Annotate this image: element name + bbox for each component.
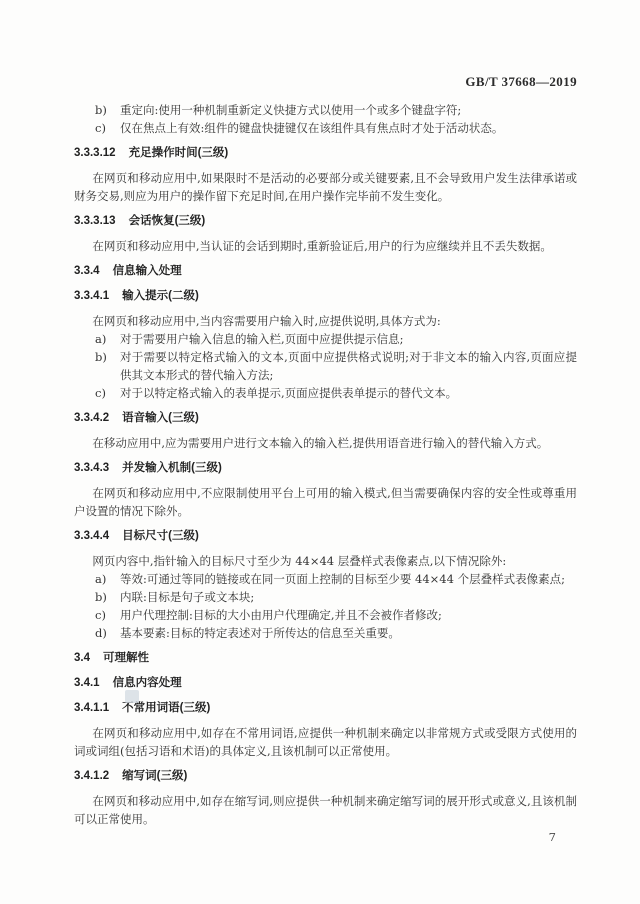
document-content: b)重定向:使用一种机制重新定义快捷方式以使用一个或多个键盘字符;c)仅在焦点上…	[74, 101, 577, 828]
paragraph: 在移动应用中,应为需要用户进行文本输入的输入栏,提供用语音进行输入的替代输入方式…	[74, 434, 577, 452]
list-item-marker: b)	[95, 348, 120, 384]
section-title: 语音输入(三级)	[122, 412, 199, 424]
list-item-marker: b)	[95, 588, 120, 606]
list-item-marker: d)	[95, 624, 120, 642]
list-item: c)对于以特定格式输入的表单提示,页面应提供表单提示的替代文本。	[95, 384, 577, 402]
list-item-text: 等效:可通过等同的链接或在同一页面上控制的目标至少要 44×44 个层叠样式表像…	[120, 570, 577, 588]
section-number: 3.3.4.3	[74, 462, 109, 474]
paragraph: 网页内容中,指针输入的目标尺寸至少为 44×44 层叠样式表像素点,以下情况除外…	[74, 552, 577, 570]
section-number: 3.3.3.13	[74, 215, 116, 227]
section-number: 3.3.4.4	[74, 530, 109, 542]
list-item-marker: a)	[95, 570, 120, 588]
list-item: d)基本要素:目标的特定表述对于所传达的信息至关重要。	[95, 624, 577, 642]
section-number: 3.4.1.2	[74, 770, 109, 782]
section-heading: 3.4.1信息内容处理	[74, 674, 577, 692]
list-item: b)重定向:使用一种机制重新定义快捷方式以使用一个或多个键盘字符;	[95, 101, 577, 119]
section-heading: 3.3.3.13会话恢复(三级)	[74, 212, 577, 230]
section-heading: 3.3.3.12充足操作时间(三级)	[74, 144, 577, 162]
list-item: a)等效:可通过等同的链接或在同一页面上控制的目标至少要 44×44 个层叠样式…	[95, 570, 577, 588]
document-page: GB/T 37668—2019 b)重定向:使用一种机制重新定义快捷方式以使用一…	[0, 0, 640, 904]
paragraph: 在网页和移动应用中,如存在缩写词,则应提供一种机制来确定缩写词的展开形式或意义,…	[74, 792, 577, 828]
section-number: 3.3.4	[74, 265, 100, 277]
list-item-text: 对于以特定格式输入的表单提示,页面应提供表单提示的替代文本。	[120, 384, 577, 402]
list-item-text: 对于需要以特定格式输入的文本,页面中应提供格式说明;对于非文本的输入内容,页面应…	[120, 348, 577, 384]
section-number: 3.4.1.1	[74, 702, 109, 714]
section-title: 信息内容处理	[113, 677, 182, 689]
list-item: b)对于需要以特定格式输入的文本,页面中应提供格式说明;对于非文本的输入内容,页…	[95, 348, 577, 384]
paragraph: 在网页和移动应用中,如果限时不是活动的必要部分或关键要素,且不会导致用户发生法律…	[74, 169, 577, 205]
list-item-text: 仅在焦点上有效:组件的键盘快捷键仅在该组件具有焦点时才处于活动状态。	[120, 119, 577, 137]
section-heading: 3.3.4.2语音输入(三级)	[74, 409, 577, 427]
list-item-text: 对于需要用户输入信息的输入栏,页面中应提供提示信息;	[120, 330, 577, 348]
paragraph: 在网页和移动应用中,不应限制使用平台上可用的输入模式,但当需要确保内容的安全性或…	[74, 484, 577, 520]
section-title: 不常用词语(三级)	[122, 702, 210, 714]
section-number: 3.3.3.12	[74, 147, 116, 159]
list-item-marker: c)	[95, 384, 120, 402]
section-title: 会话恢复(三级)	[129, 215, 206, 227]
section-title: 可理解性	[103, 652, 149, 664]
standard-number-header: GB/T 37668—2019	[465, 74, 577, 90]
list-item-text: 基本要素:目标的特定表述对于所传达的信息至关重要。	[120, 624, 577, 642]
section-heading: 3.3.4.3并发输入机制(三级)	[74, 459, 577, 477]
paragraph: 在网页和移动应用中,当内容需要用户输入时,应提供说明,具体方式为:	[74, 312, 577, 330]
section-number: 3.3.4.2	[74, 412, 109, 424]
list-item-marker: c)	[95, 119, 120, 137]
section-title: 充足操作时间(三级)	[129, 147, 229, 159]
list-item-marker: c)	[95, 606, 120, 624]
section-heading: 3.4可理解性	[74, 649, 577, 667]
list-item-text: 重定向:使用一种机制重新定义快捷方式以使用一个或多个键盘字符;	[120, 101, 577, 119]
section-number: 3.3.4.1	[74, 290, 109, 302]
list-item: c)仅在焦点上有效:组件的键盘快捷键仅在该组件具有焦点时才处于活动状态。	[95, 119, 577, 137]
paragraph: 在网页和移动应用中,如存在不常用词语,应提供一种机制来确定以非常规方式或受限方式…	[74, 724, 577, 760]
list-item-marker: a)	[95, 330, 120, 348]
section-title: 目标尺寸(三级)	[122, 530, 199, 542]
list-item: c)用户代理控制:目标的大小由用户代理确定,并且不会被作者修改;	[95, 606, 577, 624]
list-item-text: 内联:目标是句子或文本块;	[120, 588, 577, 606]
section-heading: 3.4.1.1不常用词语(三级)	[74, 699, 577, 717]
section-heading: 3.4.1.2缩写词(三级)	[74, 767, 577, 785]
scan-artifact-mark	[125, 690, 139, 703]
list-item: b)内联:目标是句子或文本块;	[95, 588, 577, 606]
section-number: 3.4	[74, 652, 90, 664]
section-heading: 3.3.4信息输入处理	[74, 262, 577, 280]
section-number: 3.4.1	[74, 677, 100, 689]
list-item-text: 用户代理控制:目标的大小由用户代理确定,并且不会被作者修改;	[120, 606, 577, 624]
paragraph: 在网页和移动应用中,当认证的会话到期时,重新验证后,用户的行为应继续并且不丢失数…	[74, 237, 577, 255]
section-title: 输入提示(二级)	[122, 290, 199, 302]
section-heading: 3.3.4.4目标尺寸(三级)	[74, 527, 577, 545]
section-title: 并发输入机制(三级)	[122, 462, 222, 474]
section-title: 信息输入处理	[113, 265, 182, 277]
section-heading: 3.3.4.1输入提示(二级)	[74, 287, 577, 305]
list-item: a)对于需要用户输入信息的输入栏,页面中应提供提示信息;	[95, 330, 577, 348]
list-item-marker: b)	[95, 101, 120, 119]
page-number: 7	[549, 830, 556, 844]
section-title: 缩写词(三级)	[122, 770, 187, 782]
